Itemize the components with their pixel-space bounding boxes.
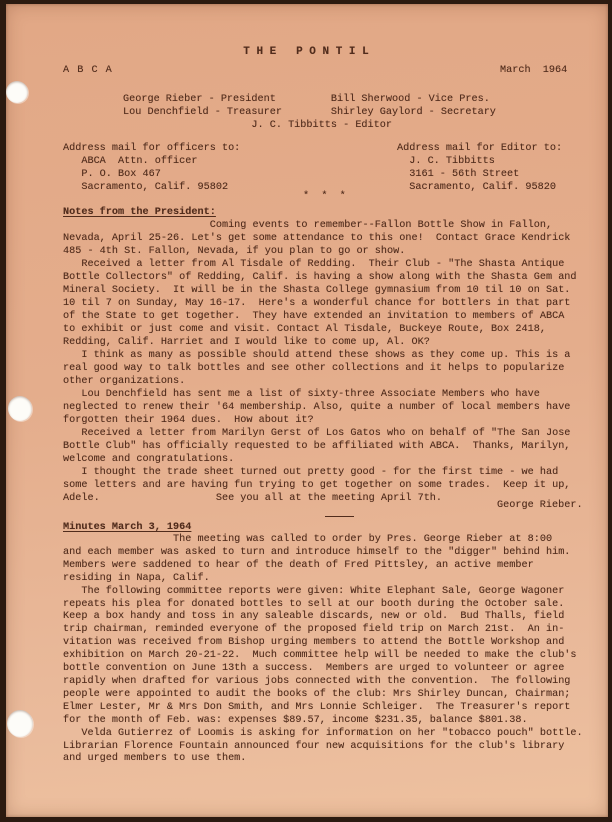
asterisk-separator: * * * <box>303 190 346 203</box>
minutes-section-body: The meeting was called to order by Pres.… <box>63 534 583 766</box>
officers-list: George Rieber - President Bill Sherwood … <box>123 93 496 132</box>
org-abbreviation: A B C A <box>63 64 113 77</box>
punch-hole-top <box>6 81 28 103</box>
notes-section-body: Coming events to remember--Fallon Bottle… <box>63 219 577 505</box>
scanned-page: T H E P O N T I L A B C A March 1964 Geo… <box>0 0 612 822</box>
minutes-section-heading: Minutes March 3, 1964 <box>63 521 191 534</box>
notes-section-heading: Notes from the President: <box>63 206 216 219</box>
issue-date: March 1964 <box>500 64 567 77</box>
newsletter-title: T H E P O N T I L <box>0 46 612 59</box>
address-editor-block: Address mail for Editor to: J. C. Tibbit… <box>397 142 562 194</box>
punch-hole-middle <box>8 396 32 421</box>
address-officers-block: Address mail for officers to: ABCA Attn.… <box>63 142 240 194</box>
president-signature: George Rieber. <box>497 499 583 512</box>
punch-hole-bottom <box>7 710 33 737</box>
section-divider-line <box>325 516 354 517</box>
